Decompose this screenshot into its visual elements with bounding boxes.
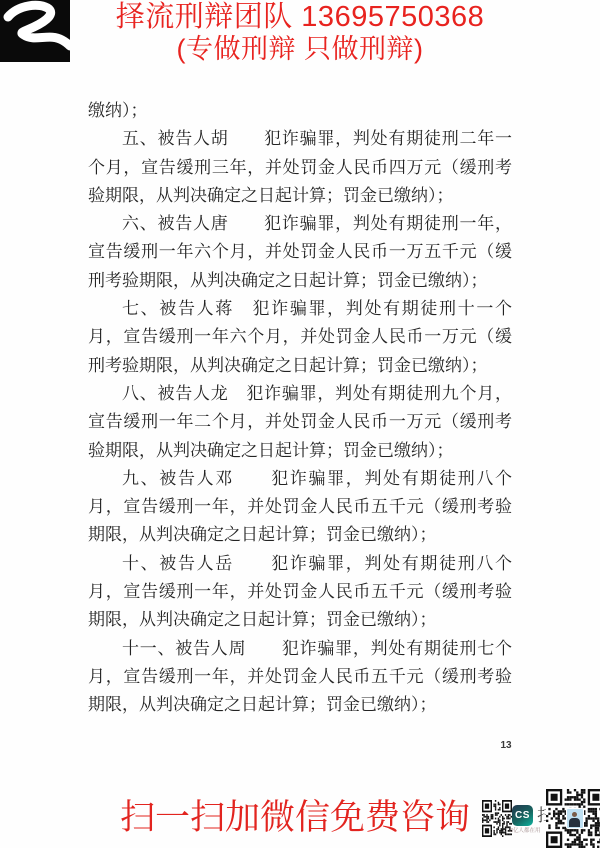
judgment-paragraph: 十一、被告人周 犯诈骗罪，判处有期徒刑七个月，宣告缓刑一年，并处罚金人民币五千元… — [88, 635, 512, 720]
qr-code-large-icon — [546, 789, 600, 848]
judgment-paragraph: 六、被告人唐 犯诈骗罪，判处有期徒刑一年，宣告缓刑一年六个月，并处罚金人民币一万… — [88, 210, 512, 295]
avatar-torso — [569, 818, 580, 827]
header-slogan: (专做刑辩 只做刑辩) — [0, 34, 600, 65]
camscanner-tagline-text: 3亿人都在用 — [510, 828, 544, 835]
scanned-judgment-page: 择流刑辩团队 13695750368 (专做刑辩 只做刑辩) 缴纳）；五、被告人… — [0, 0, 600, 848]
qr-code-small-icon — [482, 800, 512, 837]
judgment-body: 缴纳）；五、被告人胡 犯诈骗罪，判处有期徒刑二年一个月，宣告缓刑三年，并处罚金人… — [88, 97, 512, 720]
judgment-paragraph: 八、被告人龙 犯诈骗罪，判处有期徒刑九个月，宣告缓刑一年二个月，并处罚金人民币一… — [88, 380, 512, 465]
header-team-phone: 择流刑辩团队 13695750368 — [0, 1, 600, 34]
camscanner-badge-icon: CS — [512, 805, 533, 826]
judgment-paragraph: 缴纳）； — [88, 97, 512, 125]
page-number: 13 — [494, 740, 518, 751]
judgment-paragraph: 九、被告人邓 犯诈骗罪，判处有期徒刑八个月，宣告缓刑一年，并处罚金人民币五千元（… — [88, 465, 512, 550]
judgment-paragraph: 五、被告人胡 犯诈骗罪，判处有期徒刑二年一个月，宣告缓刑三年，并处罚金人民币四万… — [88, 125, 512, 210]
wechat-avatar — [566, 808, 584, 829]
footer-cta-text: 扫一扫加微信免费咨询 — [120, 796, 470, 840]
judgment-paragraph: 七、被告人蒋 犯诈骗罪，判处有期徒刑十一个月，宣告缓刑一年六个月，并处罚金人民币… — [88, 295, 512, 380]
judgment-paragraph: 十、被告人岳 犯诈骗罪，判处有期徒刑八个月，宣告缓刑一年，并处罚金人民币五千元（… — [88, 550, 512, 635]
avatar-head — [572, 812, 577, 817]
